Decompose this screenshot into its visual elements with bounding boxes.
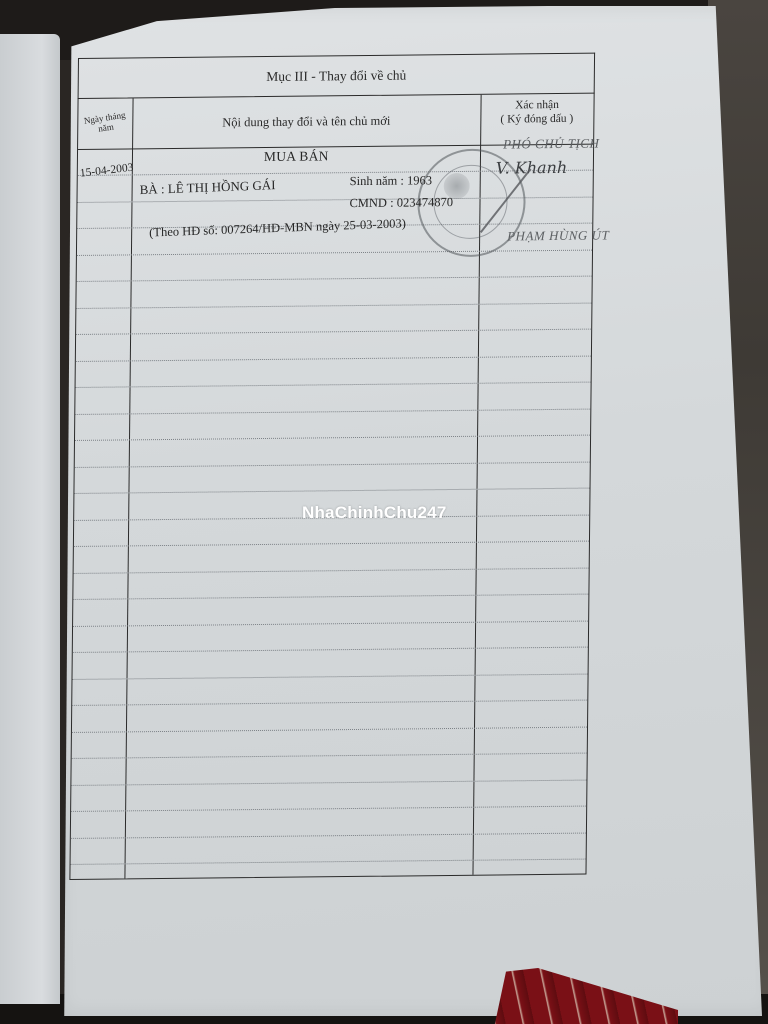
column-header-confirm-line2: ( Ký đóng dấu ) bbox=[480, 112, 593, 127]
column-header-confirm: Xác nhận ( Ký đóng dấu ) bbox=[480, 98, 593, 127]
watermark-text: NhaChinhChu247 bbox=[302, 503, 446, 523]
entry-date: 15-04-2003 bbox=[79, 162, 134, 180]
ruled-line bbox=[76, 355, 591, 361]
previous-page-edge bbox=[0, 34, 60, 1004]
ruled-line bbox=[71, 859, 586, 865]
changes-table: Ngày tháng năm Nội dung thay đổi và tên … bbox=[69, 93, 594, 880]
signer-name: PHẠM HÙNG ÚT bbox=[507, 227, 609, 244]
ruled-line bbox=[75, 461, 590, 467]
ruled-line bbox=[74, 541, 589, 547]
ruled-line bbox=[73, 620, 588, 626]
column-header-confirm-line1: Xác nhận bbox=[480, 98, 593, 113]
ruled-line bbox=[72, 700, 587, 706]
column-header-content: Nội dung thay đổi và tên chủ mới bbox=[132, 113, 480, 132]
ruled-line bbox=[76, 302, 591, 308]
ruled-line bbox=[76, 329, 591, 335]
ruled-line bbox=[71, 806, 586, 812]
ruled-line bbox=[72, 753, 587, 759]
entry-contract-reference: (Theo HĐ số: 007264/HĐ-MBN ngày 25-03-20… bbox=[149, 216, 406, 240]
entry-id-number: CMND : 023474870 bbox=[349, 195, 453, 211]
ruled-line bbox=[73, 647, 588, 653]
ruled-line bbox=[73, 594, 588, 600]
ruled-line bbox=[77, 276, 592, 282]
ruled-line bbox=[75, 435, 590, 441]
column-divider-date bbox=[124, 98, 133, 878]
entry-birth-year: Sinh năm : 1963 bbox=[350, 173, 432, 189]
ruled-line bbox=[74, 488, 589, 494]
ruled-line bbox=[71, 832, 586, 838]
ruled-line bbox=[74, 567, 589, 573]
column-header-date: Ngày tháng năm bbox=[77, 109, 133, 137]
ruled-line bbox=[77, 249, 592, 255]
ruled-line bbox=[72, 673, 587, 679]
ruled-line bbox=[72, 726, 587, 732]
handwritten-signature: V. Khanh bbox=[496, 158, 568, 178]
entry-change-type: MUA BÁN bbox=[264, 148, 329, 165]
ruled-line bbox=[75, 408, 590, 414]
section-title: Mục III - Thay đổi về chủ bbox=[79, 66, 594, 87]
entry-owner-name: BÀ : LÊ THỊ HỒNG GÁI bbox=[140, 177, 276, 198]
ruled-line bbox=[71, 779, 586, 785]
signer-title: PHÓ CHỦ TỊCH bbox=[503, 136, 599, 153]
section-title-box: Mục III - Thay đổi về chủ bbox=[78, 53, 596, 99]
ownership-change-form: Mục III - Thay đổi về chủ Ngày tháng năm… bbox=[69, 52, 638, 880]
ruled-line bbox=[76, 382, 591, 388]
